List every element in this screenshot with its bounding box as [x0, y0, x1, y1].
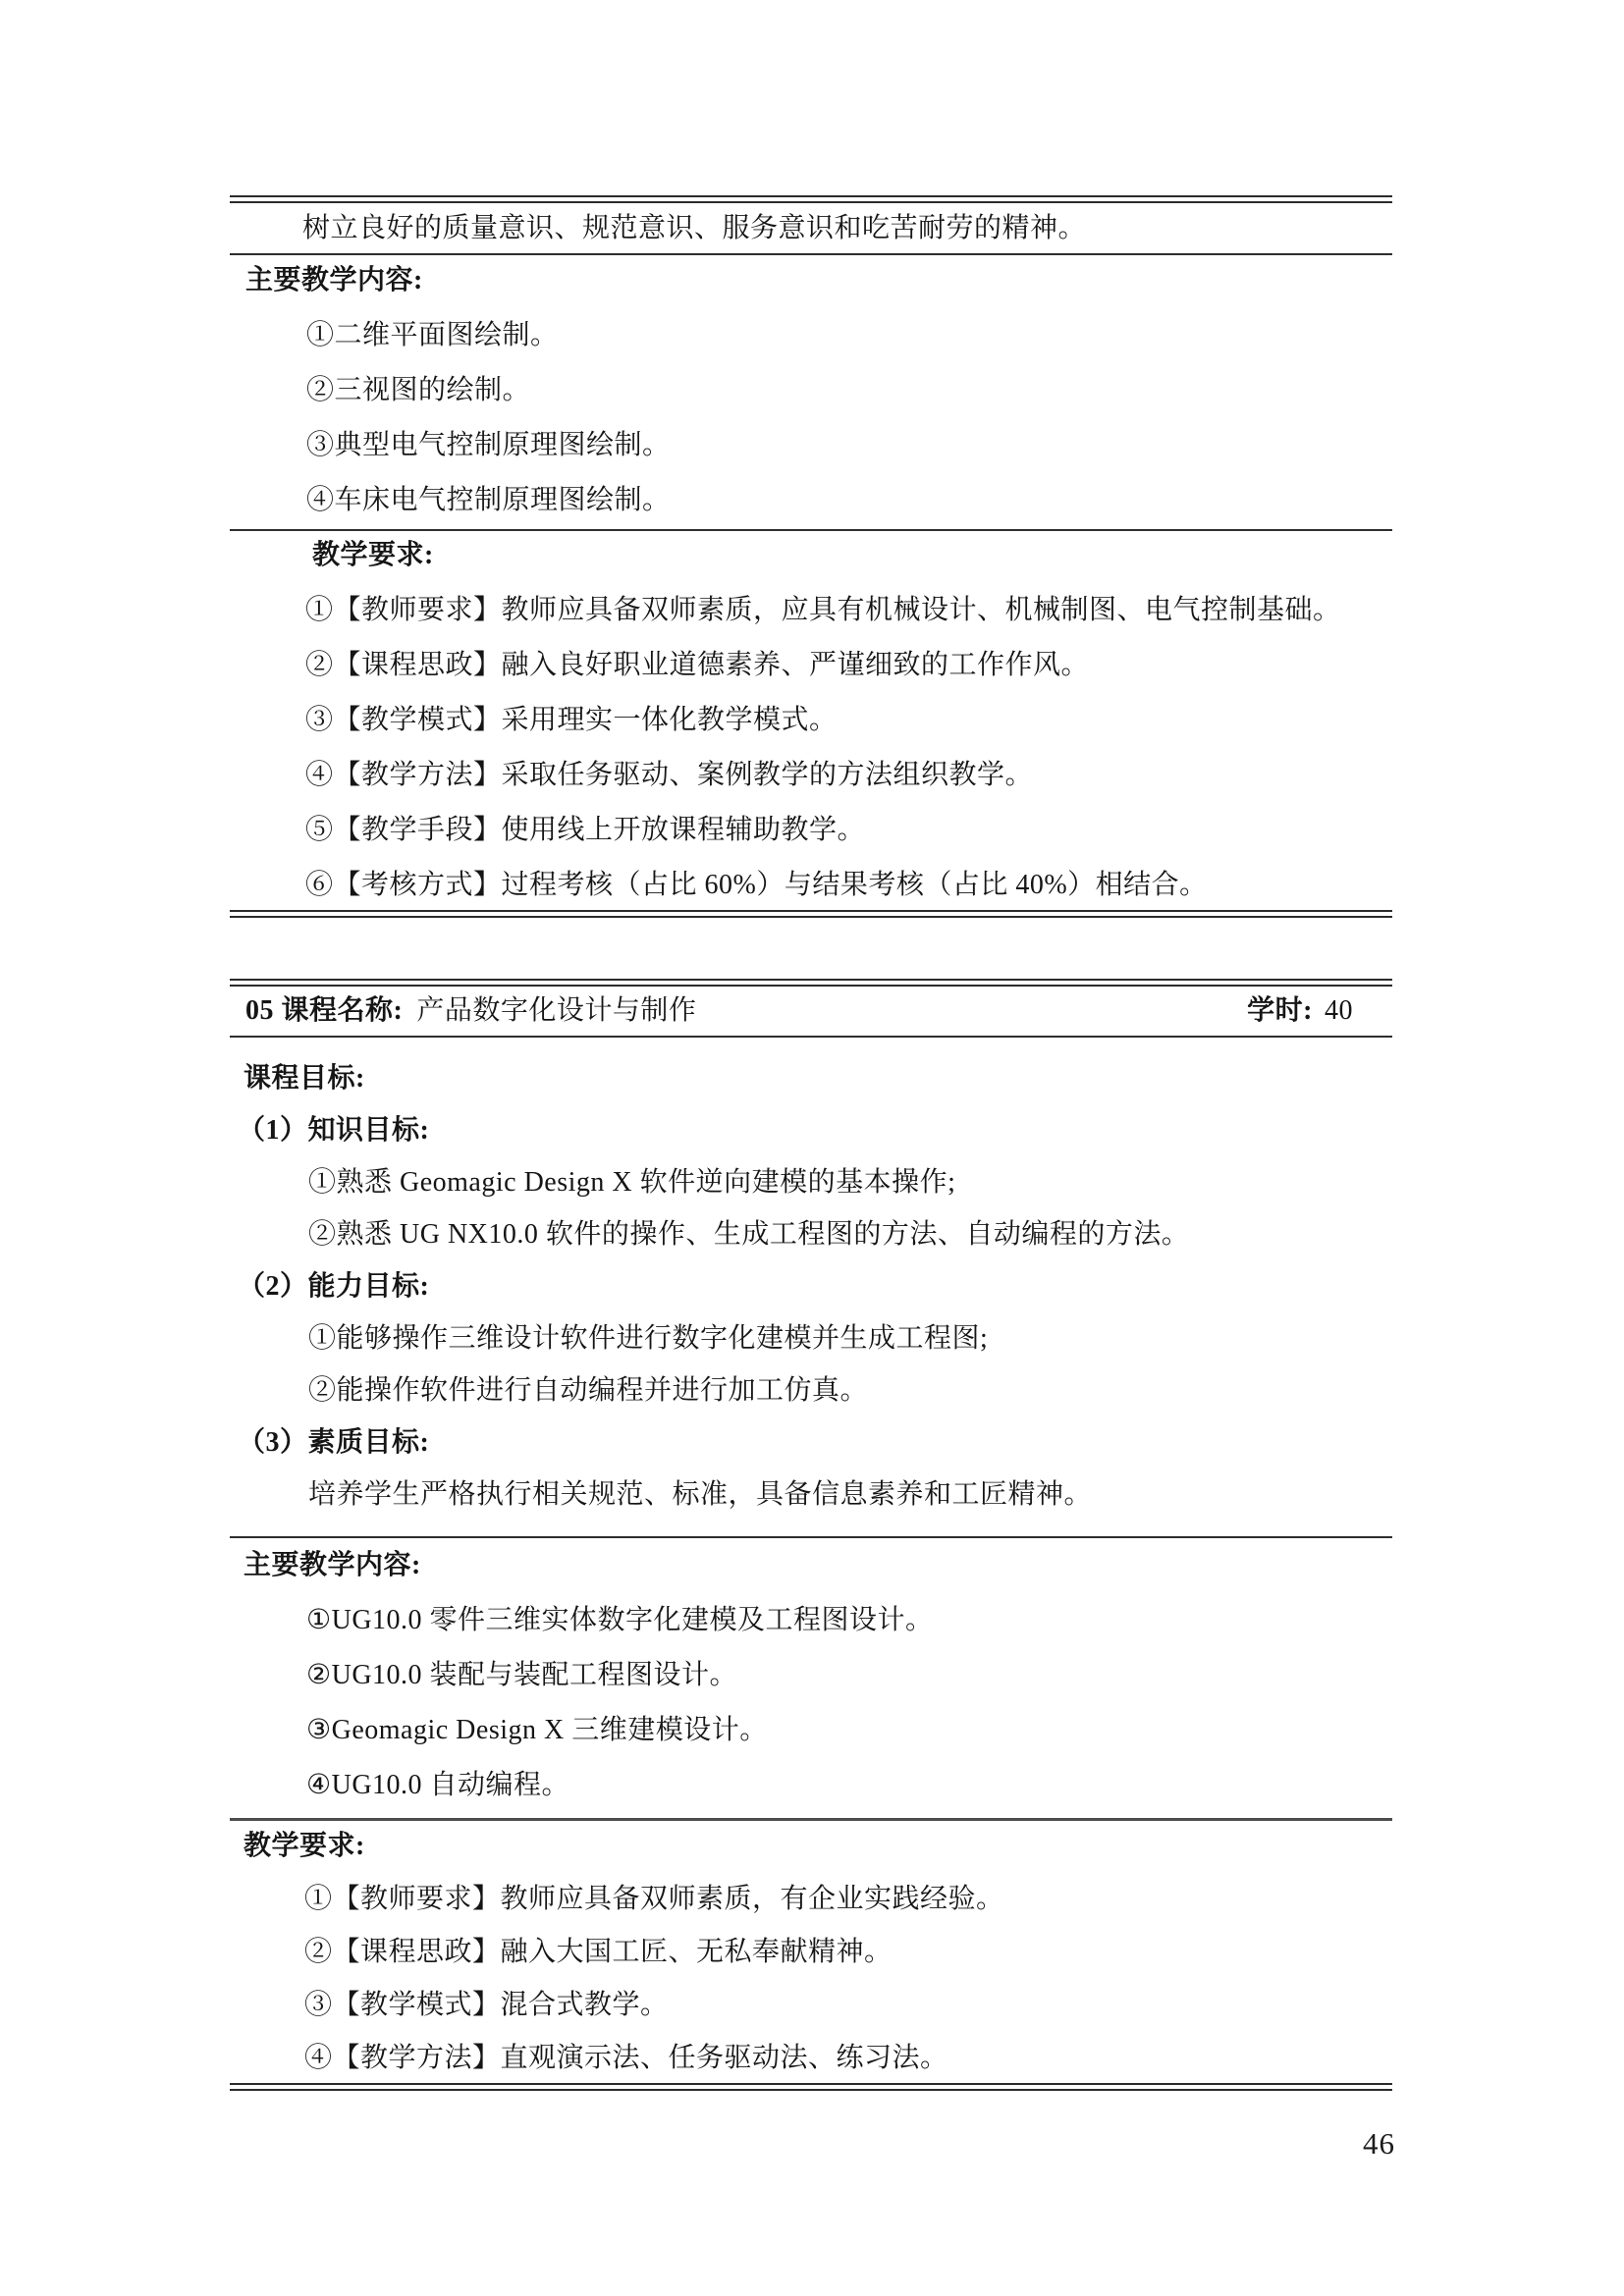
course-name: 产品数字化设计与制作: [416, 995, 696, 1026]
list-item: ①熟悉 Geomagic Design X 软件逆向建模的基本操作;: [308, 1165, 1392, 1201]
list-item: ③典型电气控制原理图绘制。: [306, 428, 1392, 463]
course-hours: 学时:40: [1247, 993, 1353, 1029]
document-page: 树立良好的质量意识、规范意识、服务意识和吃苦耐劳的精神。 主要教学内容: ①二维…: [0, 0, 1624, 2296]
quality-goal-text: 培养学生严格执行相关规范、标准，具备信息素养和工匠精神。: [308, 1477, 1392, 1513]
list-item: ①【教师要求】教师应具备双师素质，应具有机械设计、机械制图、电气控制基础。: [305, 593, 1392, 628]
section-header-teaching-requirements: 教学要求:: [312, 538, 1392, 573]
list-item: ⑤【教学手段】使用线上开放课程辅助教学。: [305, 813, 1392, 848]
list-item: ①二维平面图绘制。: [306, 318, 1392, 353]
list-item: ①能够操作三维设计软件进行数字化建模并生成工程图;: [308, 1321, 1392, 1357]
course05-title-row: 05 课程名称:产品数字化设计与制作 学时:40: [230, 987, 1392, 1036]
list-item: ③【教学模式】采用理实一体化教学模式。: [305, 703, 1392, 738]
hours-label: 学时:: [1247, 995, 1313, 1026]
section-header-teaching-content: 主要教学内容:: [244, 1548, 1392, 1583]
table-bottom-double-rule: [230, 910, 1392, 918]
list-item: ②【课程思政】融入良好职业道德素养、严谨细致的工作作风。: [305, 648, 1392, 683]
list-item: ④【教学方法】采取任务驱动、案例教学的方法组织教学。: [305, 758, 1392, 793]
list-item: ③【教学模式】混合式教学。: [304, 1988, 1392, 2023]
list-item: ④UG10.0 自动编程。: [306, 1768, 1392, 1803]
hours-value: 40: [1325, 995, 1353, 1026]
table-top-double-rule: [230, 195, 1392, 203]
list-item: ②熟悉 UG NX10.0 软件的操作、生成工程图的方法、自动编程的方法。: [308, 1217, 1392, 1253]
section-header-course-objectives: 课程目标:: [244, 1061, 1392, 1096]
course-code-label: 05 课程名称:: [245, 995, 403, 1026]
course05-teaching-content-section: 主要教学内容: ①UG10.0 零件三维实体数字化建模及工程图设计。 ②UG10…: [230, 1538, 1392, 1818]
subsection-header-knowledge-goals: （1）知识目标:: [238, 1113, 1392, 1148]
list-item: ⑥【考核方式】过程考核（占比 60%）与结果考核（占比 40%）相结合。: [305, 868, 1392, 903]
page-number: 46: [1363, 2126, 1395, 2162]
course-title: 05 课程名称:产品数字化设计与制作: [245, 993, 696, 1029]
list-item: ①UG10.0 零件三维实体数字化建模及工程图设计。: [306, 1603, 1392, 1638]
subsection-header-quality-goals: （3）素质目标:: [238, 1425, 1392, 1461]
list-item: ①【教师要求】教师应具备双师素质，有企业实践经验。: [304, 1882, 1392, 1917]
list-item: ②能操作软件进行自动编程并进行加工仿真。: [308, 1373, 1392, 1409]
subsection-header-ability-goals: （2）能力目标:: [238, 1269, 1392, 1305]
table-gap: [230, 918, 1392, 979]
section-header-teaching-requirements: 教学要求:: [244, 1829, 1392, 1864]
table-bottom-double-rule: [230, 2083, 1392, 2091]
course04-quality-goal-text: 树立良好的质量意识、规范意识、服务意识和吃苦耐劳的精神。: [230, 211, 1392, 246]
course04-quality-goal-row: 树立良好的质量意识、规范意识、服务意识和吃苦耐劳的精神。: [230, 203, 1392, 253]
list-item: ④【教学方法】直观演示法、任务驱动法、练习法。: [304, 2041, 1392, 2076]
section-header-teaching-content: 主要教学内容:: [245, 263, 1392, 298]
list-item: ②三视图的绘制。: [306, 373, 1392, 408]
course05-objectives-section: 课程目标: （1）知识目标: ①熟悉 Geomagic Design X 软件逆…: [230, 1038, 1392, 1536]
course04-teaching-content-section: 主要教学内容: ①二维平面图绘制。 ②三视图的绘制。 ③典型电气控制原理图绘制。…: [230, 255, 1392, 529]
course04-teaching-requirements-section: 教学要求: ①【教师要求】教师应具备双师素质，应具有机械设计、机械制图、电气控制…: [230, 531, 1392, 910]
table-top-double-rule: [230, 979, 1392, 987]
document-body: 树立良好的质量意识、规范意识、服务意识和吃苦耐劳的精神。 主要教学内容: ①二维…: [230, 195, 1392, 2091]
list-item: ④车床电气控制原理图绘制。: [306, 483, 1392, 518]
course05-teaching-requirements-section: 教学要求: ①【教师要求】教师应具备双师素质，有企业实践经验。 ②【课程思政】融…: [230, 1821, 1392, 2083]
list-item: ②UG10.0 装配与装配工程图设计。: [306, 1658, 1392, 1693]
list-item: ②【课程思政】融入大国工匠、无私奉献精神。: [304, 1935, 1392, 1970]
list-item: ③Geomagic Design X 三维建模设计。: [306, 1713, 1392, 1748]
